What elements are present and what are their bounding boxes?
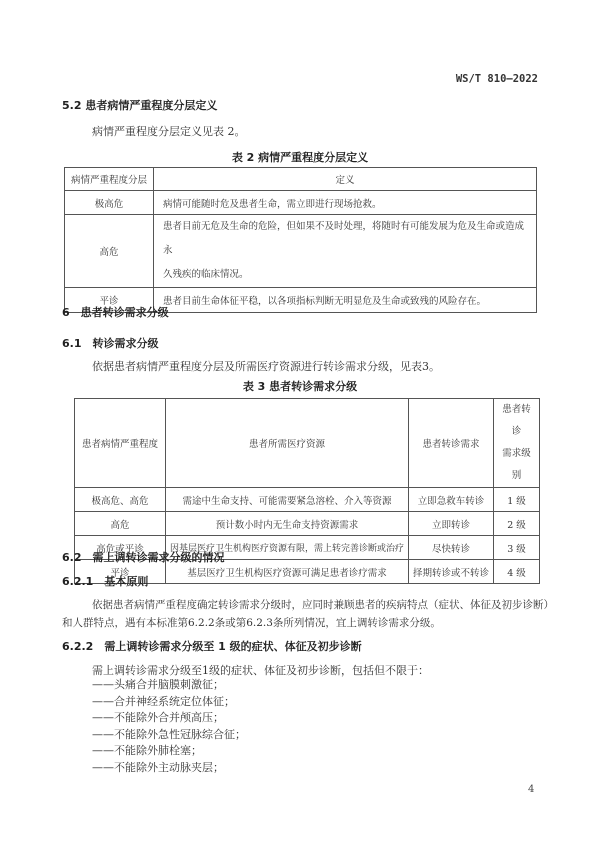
cell-severity: 高危: [75, 512, 166, 536]
table-2-severity-definition: 病情严重程度分层 定义 极高危 病情可能随时危及患者生命，需立即进行现场抢救。 …: [64, 167, 537, 313]
section-6-2-heading: 6.2 需上调转诊需求分级的情况: [62, 549, 225, 565]
section-6-2-2-heading: 6.2.2 需上调转诊需求分级至 1 级的症状、体征及初步诊断: [62, 638, 362, 654]
table-row: 高危 患者目前无危及生命的危险，但如果不及时处理，将随时有可能发展为危及生命或造…: [65, 215, 537, 288]
table-row: 极高危 病情可能随时危及患者生命，需立即进行现场抢救。: [65, 191, 537, 215]
table-3-caption: 表 3 患者转诊需求分级: [0, 378, 600, 394]
cell-definition: 病情可能随时危及患者生命，需立即进行现场抢救。: [154, 191, 537, 215]
header-cell-demand: 患者转诊需求: [409, 399, 494, 488]
list-item: ——不能除外急性冠脉综合征；: [92, 727, 246, 744]
cell-demand: 择期转诊或不转诊: [409, 560, 494, 584]
cell-definition: 患者目前无危及生命的危险，但如果不及时处理，将随时有可能发展为危及生命或造成永 …: [154, 215, 537, 288]
cell-demand: 立即转诊: [409, 512, 494, 536]
definition-line-2: 久残疾的临床情况。: [163, 263, 532, 287]
section-6-2-1-para-line-1: 依据患者病情严重程度确定转诊需求分级时，应同时兼顾患者的疾病特点（症状、体征及初…: [92, 597, 554, 612]
header-cell-level: 病情严重程度分层: [65, 168, 154, 191]
cell-grade: 2 级: [494, 512, 540, 536]
section-6-2-2-intro: 需上调转诊需求分级至1级的症状、体征及初步诊断，包括但不限于：: [92, 662, 429, 678]
table-header-row: 患者病情严重程度 患者所需医疗资源 患者转诊需求 患者转诊 需求级别: [75, 399, 540, 488]
cell-demand: 立即急救车转诊: [409, 488, 494, 512]
definition-line-1: 患者目前无危及生命的危险，但如果不及时处理，将随时有可能发展为危及生命或造成永: [163, 215, 532, 263]
table-2-caption: 表 2 病情严重程度分层定义: [0, 149, 600, 165]
cell-grade: 1 级: [494, 488, 540, 512]
header-cell-definition: 定义: [154, 168, 537, 191]
list-item: ——头痛合并脑膜刺激征；: [92, 677, 246, 694]
cell-grade: 4 级: [494, 560, 540, 584]
section-6-heading: 6 患者转诊需求分级: [62, 304, 169, 320]
list-item: ——不能除外主动脉夹层；: [92, 760, 246, 777]
header-cell-severity: 患者病情严重程度: [75, 399, 166, 488]
section-6-1-heading: 6.1 转诊需求分级: [62, 335, 159, 351]
header-cell-grade: 患者转诊 需求级别: [494, 399, 540, 488]
cell-level: 高危: [65, 215, 154, 288]
table-header-row: 病情严重程度分层 定义: [65, 168, 537, 191]
section-6-1-intro: 依据患者病情严重程度分层及所需医疗资源进行转诊需求分级，见表3。: [92, 358, 440, 374]
symptom-list: ——头痛合并脑膜刺激征； ——合并神经系统定位体征； ——不能除外合并颅高压； …: [92, 677, 246, 776]
list-item: ——不能除外肺栓塞；: [92, 743, 246, 760]
section-6-2-1-para-line-2: 和人群特点，遇有本标准第6.2.2条或第6.2.3条所列情况，宜上调转诊需求分级…: [62, 615, 441, 630]
cell-resources: 需途中生命支持、可能需要紧急溶栓、介入等资源: [166, 488, 409, 512]
cell-definition: 患者目前生命体征平稳，以各项指标判断无明显危及生命或致残的风险存在。: [154, 288, 537, 313]
header-grade-line-1: 患者转诊: [498, 399, 535, 443]
header-cell-resources: 患者所需医疗资源: [166, 399, 409, 488]
section-6-2-1-heading: 6.2.1 基本原则: [62, 573, 148, 589]
cell-severity: 极高危、高危: [75, 488, 166, 512]
cell-resources: 预计数小时内无生命支持资源需求: [166, 512, 409, 536]
list-item: ——合并神经系统定位体征；: [92, 694, 246, 711]
standard-code: WS/T 810—2022: [456, 73, 538, 85]
header-grade-line-2: 需求级别: [498, 443, 535, 487]
cell-grade: 3 级: [494, 536, 540, 560]
table-row: 极高危、高危 需途中生命支持、可能需要紧急溶栓、介入等资源 立即急救车转诊 1 …: [75, 488, 540, 512]
page-number: 4: [528, 784, 534, 795]
cell-level: 极高危: [65, 191, 154, 215]
table-row: 高危 预计数小时内无生命支持资源需求 立即转诊 2 级: [75, 512, 540, 536]
list-item: ——不能除外合并颅高压；: [92, 710, 246, 727]
section-5-2-heading: 5.2 患者病情严重程度分层定义: [62, 97, 217, 113]
section-5-2-intro: 病情严重程度分层定义见表 2。: [92, 123, 246, 139]
cell-demand: 尽快转诊: [409, 536, 494, 560]
